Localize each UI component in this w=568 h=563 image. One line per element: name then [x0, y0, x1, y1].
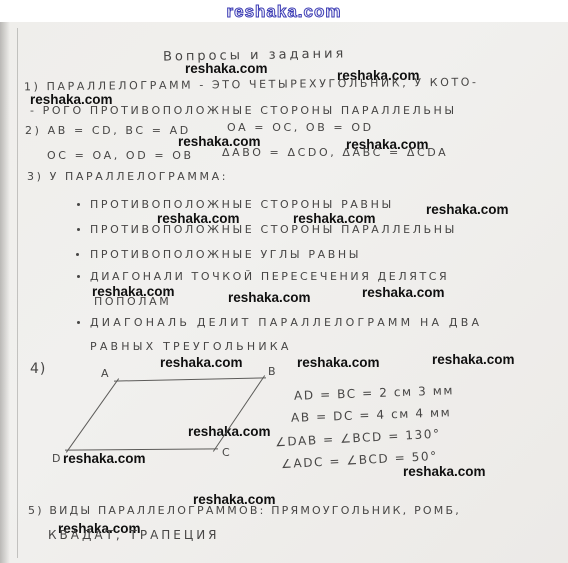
vertex-label-b: B [268, 365, 276, 378]
bullet-dot [76, 253, 79, 256]
answer2-row1-right: OA = OC, OB = OD [227, 121, 374, 134]
answer3-bullet1: ПРОТИВОПОЛОЖНЫЕ СТОРОНЫ РАВНЫ [90, 198, 394, 211]
watermark: reshaka.com [432, 353, 515, 367]
answer1-line2: - РОГО ПРОТИВОПОЛОЖНЫЕ СТОРОНЫ ПАРАЛЛЕЛЬ… [30, 104, 457, 117]
answer3-bullet4-line1: ДИАГОНАЛИ ТОЧКОЙ ПЕРЕСЕЧЕНИЯ ДЕЛЯТСЯ [90, 270, 449, 283]
answer3-bullet5-line2: РАВНЫХ ТРЕУГОЛЬНИКА [90, 340, 292, 353]
vertex-label-a: A [101, 367, 109, 380]
answer3-bullet4-line2: ПОПОЛАМ [94, 295, 171, 308]
side-bc [213, 376, 264, 452]
watermark: reshaka.com [297, 356, 380, 370]
answer2-row1-left: 2) AB = CD, BC = AD [25, 124, 191, 137]
watermark: reshaka.com [403, 465, 486, 479]
answer3-header: 3) У ПАРАЛЛЕЛОГРАММА: [27, 170, 228, 183]
answer2-row2-right: ΔABO = ΔCDO, ΔABC = ΔCDA [222, 146, 448, 159]
bullet-dot [77, 275, 80, 278]
vertex-label-d: D [52, 452, 60, 465]
answer3-bullet3: ПРОТИВОПОЛОЖНЫЕ УГЛЫ РАВНЫ [90, 248, 361, 261]
vertex-label-c: C [222, 446, 230, 459]
bullet-dot [77, 321, 80, 324]
side-cd [65, 449, 218, 450]
scan-edge-shadow [0, 22, 10, 563]
page-title: Вопросы и задания [163, 46, 347, 65]
answer3-bullet5-line1: ДИАГОНАЛЬ ДЕЛИТ ПАРАЛЛЕЛОГРАММ НА ДВА [90, 316, 482, 329]
margin-line [17, 28, 18, 558]
answer5-line1: 5) ВИДЫ ПАРАЛЛЕЛОГРАММОВ: ПРЯМОУГОЛЬНИК,… [28, 504, 461, 517]
bullet-dot [77, 228, 80, 231]
side-ab [114, 378, 266, 381]
answer5-line2: КВАДАТ, ТРАПЕЦИЯ [48, 528, 220, 542]
bullet-dot [77, 203, 80, 206]
watermark: reshaka.com [362, 286, 445, 300]
answer3-bullet2: ПРОТИВОПОЛОЖНЫЕ СТОРОНЫ ПАРАЛЛЕЛЬНЫ [90, 223, 457, 236]
watermark: reshaka.com [228, 291, 311, 305]
scanned-notebook-page: reshaka.com reshaka.com reshaka.com resh… [0, 0, 568, 563]
answer2-row2-left: OC = OA, OD = OB [47, 149, 194, 162]
parallelogram-diagram: A B C D [38, 358, 288, 470]
watermark: reshaka.com [426, 203, 509, 217]
side-da [66, 379, 118, 453]
site-logo: reshaka.com [227, 2, 342, 22]
